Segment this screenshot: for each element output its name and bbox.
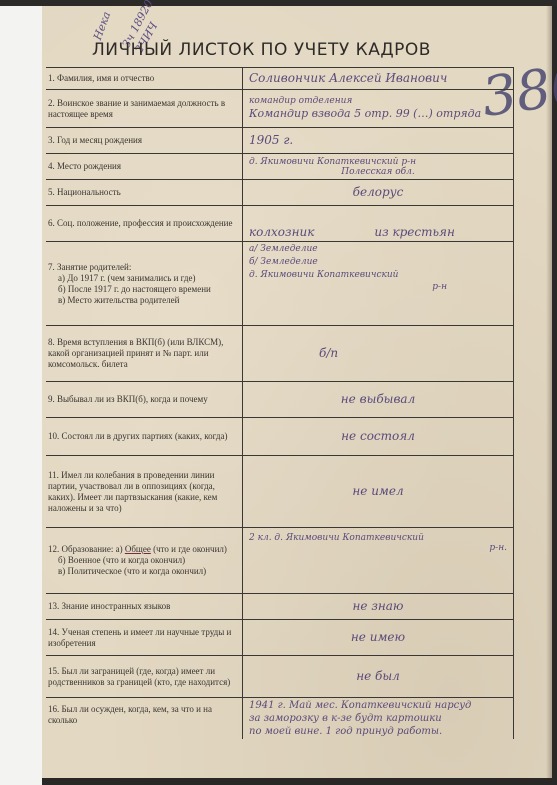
answer-line: б/ Земледелие	[249, 256, 507, 269]
margin-note: Нека	[92, 10, 113, 42]
page-title: ЛИЧНЫЙ ЛИСТОК ПО УЧЕТУ КАДРОВ	[92, 40, 532, 60]
answer-line: р-н	[249, 282, 507, 292]
answer-line: Соливончик Алексей Иванович	[249, 71, 507, 86]
field-sublabel: б) После 1917 г. до настоящего времени	[48, 284, 236, 295]
field-answer: 1905 г.	[243, 128, 514, 154]
field-label-text: 7. Занятие родителей:	[48, 262, 131, 272]
scan-margin	[0, 0, 42, 785]
answer-line: Полесская обл.	[249, 167, 507, 177]
field-sublabel: в) Место жительства родителей	[48, 295, 236, 306]
field-answer: колхозникиз крестьян	[243, 206, 514, 242]
answer-line: не имею	[249, 630, 507, 645]
form-row: 10. Состоял ли в других партиях (каких, …	[46, 418, 514, 456]
answer-line: 1905 г.	[249, 133, 507, 148]
field-answer: белорус	[243, 180, 514, 206]
form-row: 11. Имел ли колебания в проведении линии…	[46, 456, 514, 528]
answer-line: не был	[249, 669, 507, 684]
field-answer: не состоял	[243, 418, 514, 456]
form-row: 4. Место рождения д. Якимовичи Копаткеви…	[46, 154, 514, 180]
page-edge-shadow	[546, 6, 552, 778]
answer-line: р-н.	[249, 543, 507, 553]
field-answer: не имею	[243, 620, 514, 656]
field-label: 7. Занятие родителей: а) До 1917 г. (чем…	[46, 242, 243, 326]
field-label: 9. Выбывал ли из ВКП(б), когда и почему	[46, 382, 243, 418]
form-row: 5. Национальность белорус	[46, 180, 514, 206]
answer-line: белорус	[249, 185, 507, 200]
answer-line: д. Якимовичи Копаткевичский	[249, 269, 507, 282]
answer-line: не имел	[249, 484, 507, 499]
field-answer: д. Якимовичи Копаткевичский р-н Полесска…	[243, 154, 514, 180]
field-label: 10. Состоял ли в других партиях (каких, …	[46, 418, 243, 456]
field-label: 15. Был ли заграницей (где, когда) имеет…	[46, 656, 243, 698]
form-table: 1. Фамилия, имя и отчество Соливончик Ал…	[46, 67, 514, 739]
answer-line: Командир взвода 5 отр. 99 (…) отряда	[249, 106, 507, 121]
answer-line: за заморозку в к-зе будт картошки	[249, 712, 507, 725]
underlined-word: Общее	[125, 544, 151, 554]
field-label: 6. Соц. положение, профессия и происхожд…	[46, 206, 243, 242]
form-row: 14. Ученая степень и имеет ли научные тр…	[46, 620, 514, 656]
field-label: 3. Год и месяц рождения	[46, 128, 243, 154]
field-answer: не был	[243, 656, 514, 698]
field-label: 13. Знание иностранных языков	[46, 594, 243, 620]
form-row: 9. Выбывал ли из ВКП(б), когда и почему …	[46, 382, 514, 418]
field-label: 1. Фамилия, имя и отчество	[46, 68, 243, 90]
form-row: 12. Образование: а) Общее (что и где око…	[46, 528, 514, 594]
answer-line: а/ Земледелие	[249, 243, 507, 256]
field-answer: 1941 г. Май мес. Копаткевичский нарсуд з…	[243, 698, 514, 740]
answer-line: 2 кл. д. Якимовичи Копаткевичский	[249, 533, 507, 543]
form-row: 2. Воинское звание и занимаемая должност…	[46, 90, 514, 128]
form-row: 6. Соц. положение, профессия и происхожд…	[46, 206, 514, 242]
answer-line: колхозникиз крестьян	[249, 225, 507, 240]
field-label: 16. Был ли осужден, когда, кем, за что и…	[46, 698, 243, 740]
field-sublabel: а) До 1917 г. (чем занимались и где)	[48, 273, 236, 284]
form-row: 15. Был ли заграницей (где, когда) имеет…	[46, 656, 514, 698]
field-sublabel: б) Военное (что и когда окончил)	[48, 555, 236, 566]
field-sublabel: в) Политическое (что и когда окончил)	[48, 566, 236, 577]
answer-line: не состоял	[249, 429, 507, 444]
answer-line: по моей вине. 1 год принуд работы.	[249, 725, 507, 738]
field-label: 2. Воинское звание и занимаемая должност…	[46, 90, 243, 128]
field-answer: 2 кл. д. Якимовичи Копаткевичский р-н.	[243, 528, 514, 594]
field-label: 11. Имел ли колебания в проведении линии…	[46, 456, 243, 528]
form-row: 7. Занятие родителей: а) До 1917 г. (чем…	[46, 242, 514, 326]
field-answer: не знаю	[243, 594, 514, 620]
field-label: 12. Образование: а) Общее (что и где око…	[46, 528, 243, 594]
field-answer: не имел	[243, 456, 514, 528]
answer-line: б/п	[249, 346, 507, 361]
answer-line: 1941 г. Май мес. Копаткевичский нарсуд	[249, 699, 507, 712]
form-row: 13. Знание иностранных языков не знаю	[46, 594, 514, 620]
field-answer: Соливончик Алексей Иванович	[243, 68, 514, 90]
field-label: 14. Ученая степень и имеет ли научные тр…	[46, 620, 243, 656]
answer-line: командир отделения	[249, 96, 507, 106]
field-answer: б/п	[243, 326, 514, 382]
field-label: 4. Место рождения	[46, 154, 243, 180]
field-label: 5. Национальность	[46, 180, 243, 206]
field-label-text: 12. Образование:	[48, 544, 113, 554]
field-label-text: а)	[116, 544, 125, 554]
field-answer: а/ Земледелие б/ Земледелие д. Якимовичи…	[243, 242, 514, 326]
field-label: 8. Время вступления в ВКП(б) (или ВЛКСМ)…	[46, 326, 243, 382]
field-answer: командир отделения Командир взвода 5 отр…	[243, 90, 514, 128]
field-answer: не выбывал	[243, 382, 514, 418]
personal-record-sheet: Нека Зч 18920 2ЧИЧ ЛИЧНЫЙ ЛИСТОК ПО УЧЕТ…	[42, 6, 552, 778]
form-row: 8. Время вступления в ВКП(б) (или ВЛКСМ)…	[46, 326, 514, 382]
form-row: 3. Год и месяц рождения 1905 г.	[46, 128, 514, 154]
answer-line: не знаю	[249, 599, 507, 614]
field-label-text: (что и где окончил)	[151, 544, 227, 554]
answer-line: д. Якимовичи Копаткевичский р-н	[249, 157, 507, 167]
answer-line: не выбывал	[249, 392, 507, 407]
form-row: 16. Был ли осужден, когда, кем, за что и…	[46, 698, 514, 740]
form-row: 1. Фамилия, имя и отчество Соливончик Ал…	[46, 68, 514, 90]
